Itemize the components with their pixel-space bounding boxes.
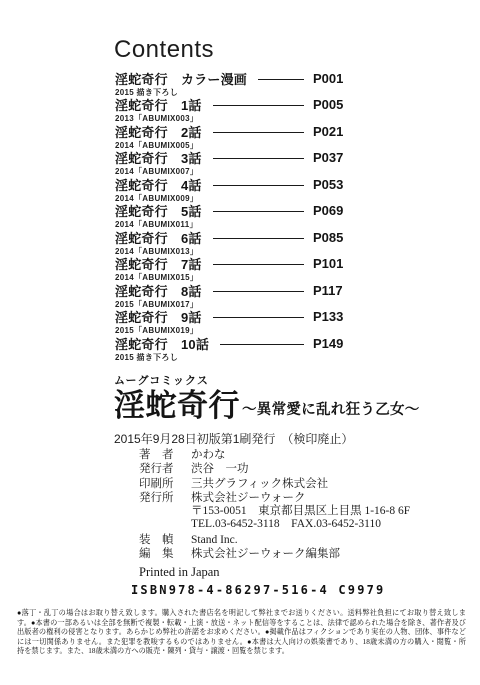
colophon-value: 三共グラフィック株式会社: [191, 477, 328, 491]
colophon-label: 著 者: [139, 448, 176, 462]
toc-page-number: P149: [313, 336, 346, 351]
toc-entry-title: 淫蛇奇行 6話: [115, 228, 202, 247]
book-title: 淫蛇奇行: [114, 390, 240, 422]
toc-entry: 淫蛇奇行 9話 P133 2015「ABUMIX019」: [115, 310, 346, 335]
leader-line: [213, 291, 304, 292]
toc-page-number: P085: [313, 230, 346, 245]
toc-entry: 淫蛇奇行 1話 P005 2013「ABUMIX003」: [115, 98, 346, 123]
toc-page-number: P101: [313, 256, 346, 271]
toc-entry: 淫蛇奇行 7話 P101 2014「ABUMIX015」: [115, 257, 346, 282]
toc-entry-title: 淫蛇奇行 カラー漫画: [115, 69, 247, 88]
legal-line: 出版者の権利の侵害となります。あらかじめ弊社の許諾をお求めください。●掲載作品は…: [17, 628, 466, 638]
toc-entry: 淫蛇奇行 2話 P021 2014「ABUMIX005」: [115, 124, 346, 149]
toc-page-number: P053: [313, 177, 346, 192]
colophon-label: 発行所: [139, 491, 176, 505]
series-label: ムーグコミックス: [114, 372, 420, 388]
toc-entry: 淫蛇奇行 6話 P085 2014「ABUMIX013」: [115, 230, 346, 255]
printed-in-japan: Printed in Japan: [139, 565, 220, 580]
toc-page-number: P037: [313, 150, 346, 165]
toc-page-number: P117: [313, 283, 346, 298]
imprint-block: ムーグコミックス 淫蛇奇行 ～異常愛に乱れ狂う乙女～ 2015年9月28日初版第…: [114, 372, 420, 447]
contents-heading: Contents: [114, 36, 214, 64]
leader-line: [213, 132, 304, 133]
book-subtitle: ～異常愛に乱れ狂う乙女～: [242, 398, 420, 419]
colophon-value: 株式会社ジーウォーク: [191, 491, 306, 505]
toc-entry: 淫蛇奇行 5話 P069 2014「ABUMIX011」: [115, 204, 346, 229]
colophon-value: 渋谷 一功: [191, 462, 249, 476]
colophon-row: 印刷所 三共グラフィック株式会社: [139, 477, 410, 491]
colophon-row: 編 集 株式会社ジーウォーク編集部: [139, 547, 410, 561]
toc-entry-title: 淫蛇奇行 7話: [115, 254, 202, 273]
toc-page-number: P021: [313, 124, 346, 139]
colophon-table: 著 者 かわな 発行者 渋谷 一功 印刷所 三共グラフィック株式会社 発行所 株…: [139, 448, 410, 561]
leader-line: [213, 185, 304, 186]
toc-entry-title: 淫蛇奇行 2話: [115, 122, 202, 141]
toc-entry: 淫蛇奇行 カラー漫画 P001 2015 描き下ろし: [115, 71, 346, 96]
toc-entry-title: 淫蛇奇行 3話: [115, 148, 202, 167]
legal-notice: ●落丁・乱丁の場合はお取り替え致します。購入された書店名を明記して弊社までお送り…: [17, 609, 466, 657]
legal-line: ●落丁・乱丁の場合はお取り替え致します。購入された書店名を明記して弊社までお送り…: [17, 609, 466, 619]
toc-page-number: P005: [313, 97, 346, 112]
colophon-value: Stand Inc.: [191, 533, 238, 547]
toc-entry-title: 淫蛇奇行 4話: [115, 175, 202, 194]
toc-entry-title: 淫蛇奇行 10話: [115, 334, 209, 353]
legal-line: す。●本書の一部あるいは全部を無断で複製・転載・上演・放送・ネット配信等をするこ…: [17, 619, 466, 629]
colophon-value: かわな: [191, 448, 226, 462]
colophon-row: 著 者 かわな: [139, 448, 410, 462]
colophon-label: 編 集: [139, 547, 176, 561]
leader-line: [258, 79, 304, 80]
toc-entry: 淫蛇奇行 3話 P037 2014「ABUMIX007」: [115, 151, 346, 176]
colophon-label: 印刷所: [139, 477, 176, 491]
colophon-label: 装 幀: [139, 533, 176, 547]
colophon-label: 発行者: [139, 462, 176, 476]
toc-entry: 淫蛇奇行 4話 P053 2014「ABUMIX009」: [115, 177, 346, 202]
toc-entry-title: 淫蛇奇行 1話: [115, 95, 202, 114]
toc-entry-title: 淫蛇奇行 9話: [115, 307, 202, 326]
legal-line: には一切関係ありません。また犯罪を教唆するものではありません。●本書は大人向けの…: [17, 638, 466, 648]
toc-list: 淫蛇奇行 カラー漫画 P001 2015 描き下ろし 淫蛇奇行 1話 P005 …: [115, 71, 346, 363]
leader-line: [213, 317, 304, 318]
book-colophon-page: Contents 淫蛇奇行 カラー漫画 P001 2015 描き下ろし 淫蛇奇行…: [0, 0, 480, 685]
toc-entry-note: 2015 描き下ろし: [115, 352, 346, 361]
isbn-line: ISBN978-4-86297-516-4 C9979: [131, 583, 385, 597]
toc-entry: 淫蛇奇行 8話 P117 2015「ABUMIX017」: [115, 283, 346, 308]
publisher-address: 〒153-0051 東京都目黒区上目黒 1-16-8 6F: [191, 505, 410, 518]
leader-line: [220, 344, 304, 345]
colophon-row: 発行者 渋谷 一功: [139, 462, 410, 476]
leader-line: [213, 158, 304, 159]
edition-line: 2015年9月28日初版第1刷発行 （検印廃止）: [114, 430, 420, 447]
legal-line: 持を禁じます。また、18歳未満の方への販売・陳列・貸与・譲渡・回覧を禁じます。: [17, 647, 466, 657]
colophon-value: 株式会社ジーウォーク編集部: [191, 547, 340, 561]
leader-line: [213, 264, 304, 265]
publisher-phone: TEL.03-6452-3118 FAX.03-6452-3110: [191, 518, 410, 531]
leader-line: [213, 105, 304, 106]
toc-page-number: P001: [313, 71, 346, 86]
toc-entry: 淫蛇奇行 10話 P149 2015 描き下ろし: [115, 336, 346, 361]
leader-line: [213, 211, 304, 212]
toc-entry-title: 淫蛇奇行 5話: [115, 201, 202, 220]
toc-page-number: P133: [313, 309, 346, 324]
toc-entry-title: 淫蛇奇行 8話: [115, 281, 202, 300]
colophon-row: 装 幀 Stand Inc.: [139, 533, 410, 547]
toc-page-number: P069: [313, 203, 346, 218]
leader-line: [213, 238, 304, 239]
colophon-row: 発行所 株式会社ジーウォーク: [139, 491, 410, 505]
